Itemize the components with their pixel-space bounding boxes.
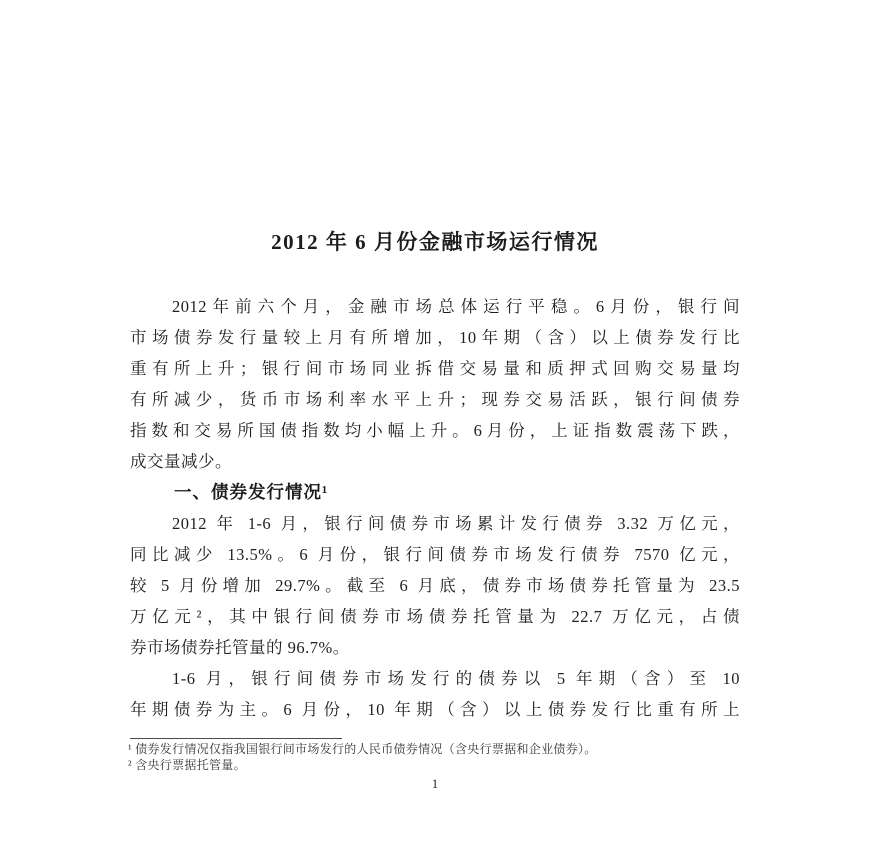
intro-paragraph-line: 成交量减少。	[130, 446, 740, 477]
intro-paragraph-line: 市场债券发行量较上月有所增加，10年期（含）以上债券发行比	[130, 322, 740, 353]
document-body: 2012年前六个月，金融市场总体运行平稳。6月份，银行间 市场债券发行量较上月有…	[130, 291, 740, 725]
section-paragraph-line: 2012 年 1-6 月，银行间债券市场累计发行债券 3.32 万亿元，	[130, 508, 740, 539]
page-number: 1	[0, 777, 870, 792]
footnote-1: ¹ 债券发行情况仅指我国银行间市场发行的人民币债券情况（含央行票据和企业债券）。	[128, 741, 748, 757]
intro-paragraph-line: 有所减少，货币市场利率水平上升；现券交易活跃，银行间债券	[130, 384, 740, 415]
page-title: 2012 年 6 月份金融市场运行情况	[0, 226, 870, 256]
section-paragraph-line: 同比减少 13.5%。6 月份，银行间债券市场发行债券 7570 亿元，	[130, 539, 740, 570]
footnote-2: ² 含央行票据托管量。	[128, 757, 748, 773]
intro-paragraph-line: 2012年前六个月，金融市场总体运行平稳。6月份，银行间	[130, 291, 740, 322]
section-heading-bond-issuance: 一、债券发行情况¹	[130, 477, 740, 508]
intro-paragraph-line: 重有所上升；银行间市场同业拆借交易量和质押式回购交易量均	[130, 353, 740, 384]
footnote-divider	[130, 738, 342, 739]
document-page: 2012 年 6 月份金融市场运行情况 2012年前六个月，金融市场总体运行平稳…	[0, 0, 870, 842]
section-paragraph-line: 1-6 月，银行间债券市场发行的债券以 5 年期（含）至 10	[130, 663, 740, 694]
section-paragraph-line: 券市场债券托管量的 96.7%。	[130, 632, 740, 663]
intro-paragraph-line: 指数和交易所国债指数均小幅上升。6月份，上证指数震荡下跌，	[130, 415, 740, 446]
section-paragraph-line: 年期债券为主。6 月份，10 年期（含）以上债券发行比重有所上	[130, 694, 740, 725]
footnotes-block: ¹ 债券发行情况仅指我国银行间市场发行的人民币债券情况（含央行票据和企业债券）。…	[128, 741, 748, 773]
section-paragraph-line: 较 5 月份增加 29.7%。截至 6 月底，债券市场债券托管量为 23.5	[130, 570, 740, 601]
section-paragraph-line: 万亿元²，其中银行间债券市场债券托管量为 22.7 万亿元，占债	[130, 601, 740, 632]
